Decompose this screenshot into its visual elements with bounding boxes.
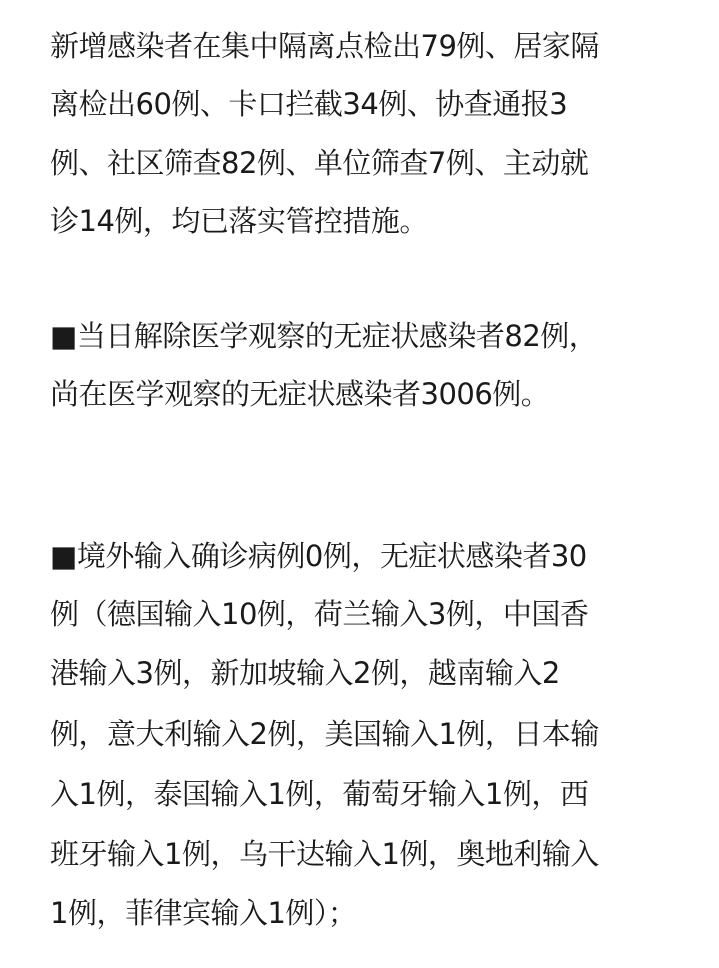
text-line: 入1例，泰国输入1例，葡萄牙输入1例，西 <box>50 774 588 814</box>
text-line: 离检出60例、卡口拦截34例、协查通报3 <box>50 84 567 124</box>
text-line: 例，意大利输入2例，美国输入1例，日本输 <box>50 714 599 754</box>
text-line: 诊14例，均已落实管控措施。 <box>50 201 428 241</box>
text-line: 尚在医学观察的无症状感染者3006例。 <box>50 374 549 414</box>
text-line: 新增感染者在集中隔离点检出79例、居家隔 <box>50 26 599 66</box>
text-line: 例、社区筛查82例、单位筛查7例、主动就 <box>50 143 588 183</box>
text-line: 1例，菲律宾输入1例）； <box>50 893 356 933</box>
text-line: ■境外输入确诊病例0例，无症状感染者30 <box>50 536 587 576</box>
text-line: 例（德国输入10例，荷兰输入3例，中国香 <box>50 594 588 634</box>
text-line: ■当日解除医学观察的无症状感染者82例， <box>50 316 597 356</box>
text-line: 班牙输入1例，乌干达输入1例，奥地利输入 <box>50 834 599 874</box>
text-line: 港输入3例，新加坡输入2例，越南输入2 <box>50 653 560 693</box>
